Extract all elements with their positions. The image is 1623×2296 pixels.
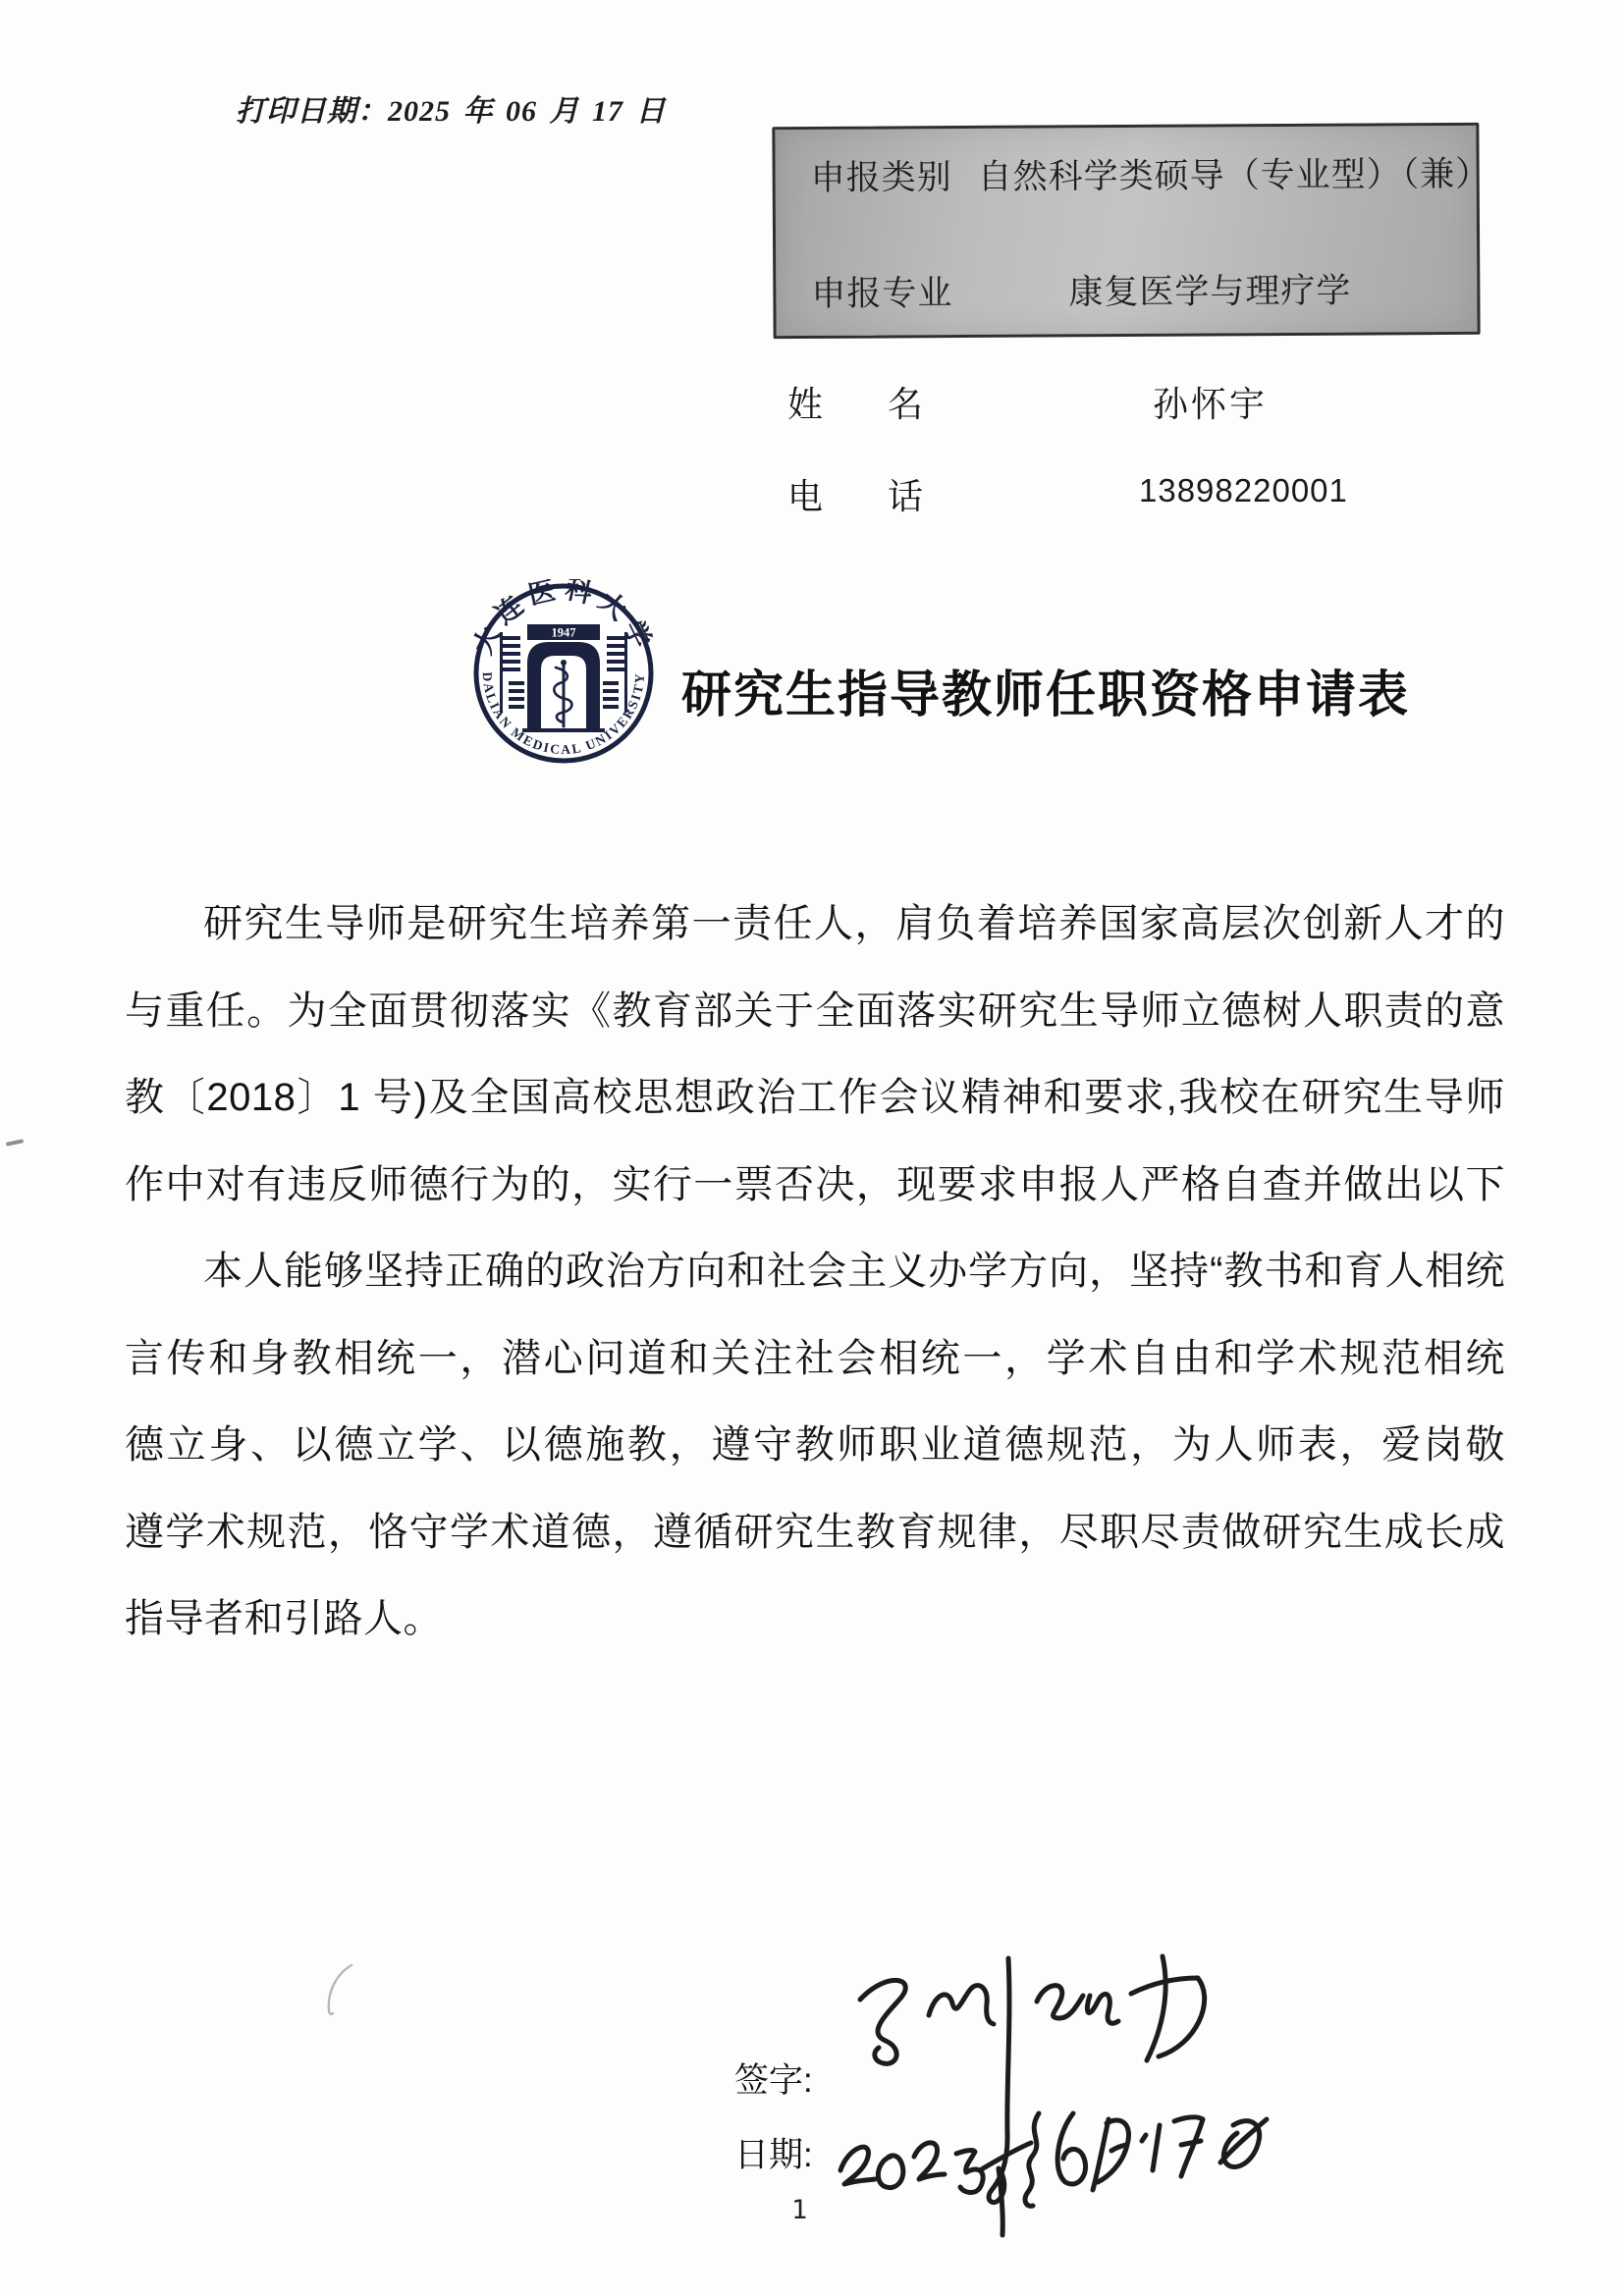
page-number: 1 <box>791 2195 807 2225</box>
seal-gate-base <box>522 728 605 732</box>
body-line: 教〔2018〕1 号)及全国高校思想政治工作会议精神和要求,我校在研究生导师遴选… <box>125 1054 1505 1142</box>
print-date-text: 打印日期：2025 年 06 月 17 日 <box>236 86 667 130</box>
body-line: 作中对有违反师德行为的，实行一票否决，现要求申报人严格自查并做出以下承诺： <box>125 1142 1505 1229</box>
name-label-char-1: 姓 <box>787 377 823 427</box>
phone-field-label: 电 话 <box>787 469 923 519</box>
body-line: 研究生导师是研究生培养第一责任人，肩负着培养国家高层次创新人才的使命 <box>125 881 1505 968</box>
phone-label-char-1: 电 <box>787 469 823 519</box>
body-line: 德立身、以德立学、以德施教，遵守教师职业道德规范，为人师表，爱岗敬业，谨 <box>125 1402 1505 1489</box>
body-line: 遵学术规范，恪守学术道德，遵循研究生教育规律，尽职尽责做研究生成长成才的 <box>125 1489 1505 1576</box>
application-major-value: 康复医学与理疗学 <box>1068 264 1351 315</box>
name-field-value: 孙怀宇 <box>1153 377 1268 427</box>
scan-margin-mark <box>6 1139 24 1147</box>
handwriting-layer <box>815 1939 1306 2296</box>
scanned-application-form-page: 打印日期：2025 年 06 月 17 日 申报类别 自然科学类硕导（专业型）（… <box>0 0 1623 2296</box>
name-label-char-2: 名 <box>888 377 923 427</box>
pencil-stray-mark <box>320 1961 363 2018</box>
date-label: 日期: <box>734 2128 813 2177</box>
body-line: 本人能够坚持正确的政治方向和社会主义办学方向，坚持“教书和育人相统一， <box>125 1228 1505 1315</box>
document-title: 研究生指导教师任职资格申请表 <box>681 654 1410 726</box>
body-line: 与重任。为全面贯彻落实《教育部关于全面落实研究生导师立德树人职责的意见》(研 <box>125 968 1505 1055</box>
signature-label: 签字: <box>734 2054 813 2103</box>
handwritten-signature <box>860 1956 1205 2235</box>
application-info-box: 申报类别 自然科学类硕导（专业型）（兼） 申报专业 康复医学与理疗学 <box>772 123 1480 339</box>
application-category-value: 自然科学类硕导（专业型）（兼） <box>977 147 1490 199</box>
phone-label-char-2: 话 <box>888 469 923 519</box>
application-category-label: 申报类别 <box>810 150 951 200</box>
body-line: 言传和身教相统一，潜心问道和关注社会相统一，学术自由和学术规范相统一”，以 <box>125 1315 1505 1403</box>
seal-founded-year: 1947 <box>552 626 576 640</box>
phone-field-value: 13898220001 <box>1139 472 1348 509</box>
application-major-label: 申报专业 <box>811 266 952 316</box>
name-field-label: 姓 名 <box>787 377 923 427</box>
pledge-body-text: 研究生导师是研究生培养第一责任人，肩负着培养国家高层次创新人才的使命 与重任。为… <box>125 881 1505 1663</box>
university-seal-logo: 大连医科大学 DALIAN MEDICAL UNIVERSITY <box>469 579 658 768</box>
body-line: 指导者和引路人。 <box>125 1575 1505 1663</box>
handwritten-date <box>840 2113 1267 2206</box>
